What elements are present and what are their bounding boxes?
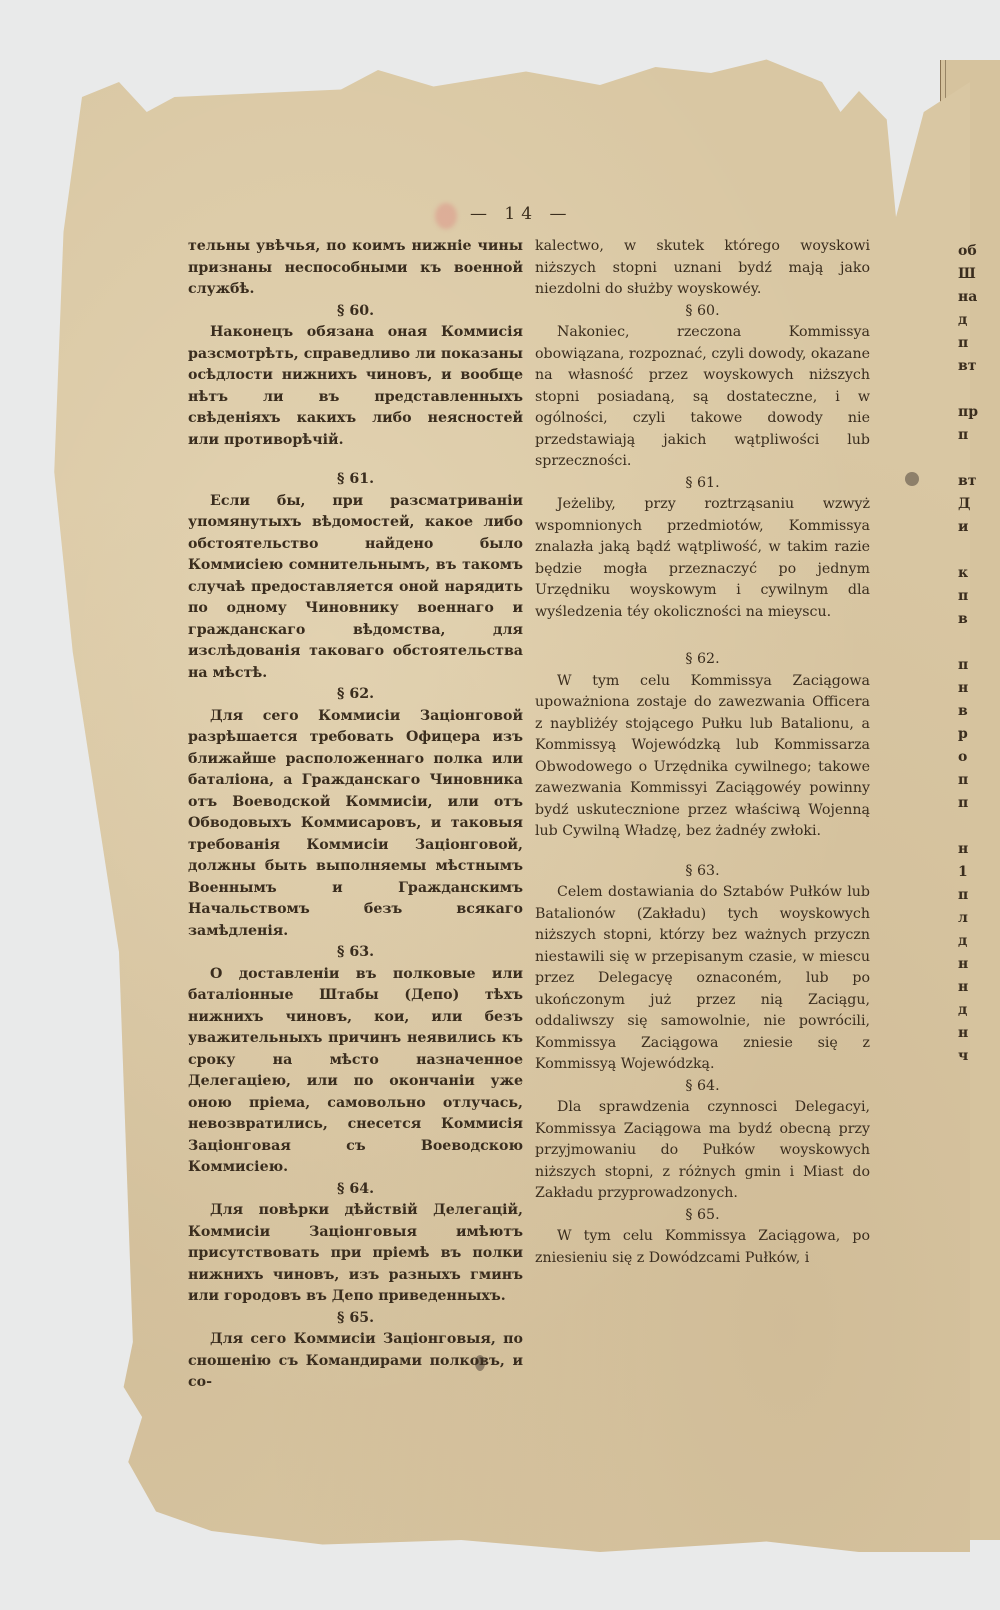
section-text-62: W tym celu Kommissya Zaciągowa upoważnio… [535,671,870,843]
section-heading-60: § 60. [535,301,870,323]
section-heading-64: § 64. [535,1076,870,1098]
stain-spot [905,472,919,486]
section-heading-60: § 60. [188,301,523,323]
edge-fragment: об [958,240,998,263]
edge-fragment: ч [958,1045,998,1068]
page-number: — 14 — [470,204,572,224]
edge-fragment: Ш [958,263,998,286]
edge-fragment: пр [958,401,998,424]
adjacent-page-text: об Ш на д п вт пр п вт Д и к п в п н в р… [958,240,998,1068]
section-text-64: Для повѣрки дѣйствій Делегацій, Коммисіи… [188,1200,523,1308]
section-heading-61: § 61. [188,469,523,491]
edge-fragment: п [958,769,998,792]
edge-fragment: н [958,838,998,861]
section-heading-63: § 63. [535,861,870,883]
edge-fragment: Д [958,493,998,516]
edge-fragment: в [958,700,998,723]
edge-fragment: 1 [958,861,998,884]
edge-fragment [958,378,998,401]
section-heading-62: § 62. [535,649,870,671]
section-text-61: Если бы, при разсматриваніи упомянутыхъ … [188,491,523,685]
edge-fragment [958,539,998,562]
edge-fragment: и [958,516,998,539]
edge-fragment: р [958,723,998,746]
section-text-64: Dla sprawdzenia czynnosci Delegacyi, Kom… [535,1097,870,1205]
edge-fragment: п [958,332,998,355]
section-text-60: Nakoniec, rzeczona Kommissya obowiązana,… [535,322,870,473]
edge-fragment: на [958,286,998,309]
edge-fragment: к [958,562,998,585]
edge-fragment: н [958,953,998,976]
section-heading-61: § 61. [535,473,870,495]
russian-text-column: тельны увѣчья, по коимъ нижніе чины приз… [188,236,523,1394]
section-text-60: Наконецъ обязана оная Коммисія разсмотрѣ… [188,322,523,451]
edge-fragment: д [958,999,998,1022]
edge-fragment: н [958,976,998,999]
edge-fragment: в [958,608,998,631]
continuation-paragraph: kalectwo, w skutek którego woyskowi niżs… [535,236,870,301]
edge-fragment: п [958,585,998,608]
edge-fragment: п [958,424,998,447]
edge-fragment: п [958,884,998,907]
edge-fragment: вт [958,470,998,493]
section-text-63: Celem dostawiania do Sztabów Pułków lub … [535,882,870,1076]
section-text-62: Для сего Коммисіи Заціонговой разрѣшаетс… [188,706,523,943]
section-heading-65: § 65. [188,1308,523,1330]
section-text-65: W tym celu Kommissya Zaciągowa, po znies… [535,1226,870,1269]
edge-fragment [958,815,998,838]
section-heading-64: § 64. [188,1179,523,1201]
edge-fragment: д [958,309,998,332]
section-heading-65: § 65. [535,1205,870,1227]
library-stamp-mark [435,203,457,229]
polish-text-column: kalectwo, w skutek którego woyskowi niżs… [535,236,870,1269]
edge-fragment: н [958,1022,998,1045]
edge-fragment: д [958,930,998,953]
section-heading-63: § 63. [188,942,523,964]
edge-fragment [958,631,998,654]
edge-fragment: л [958,907,998,930]
edge-fragment: о [958,746,998,769]
section-text-61: Jeżeliby, przy roztrząsaniu wzwyż wspomn… [535,494,870,623]
section-heading-62: § 62. [188,684,523,706]
section-text-63: О доставленіи въ полковые или баталіонны… [188,964,523,1179]
edge-fragment: п [958,792,998,815]
edge-fragment: вт [958,355,998,378]
edge-fragment [958,447,998,470]
continuation-paragraph: тельны увѣчья, по коимъ нижніе чины приз… [188,236,523,301]
edge-fragment: н [958,677,998,700]
edge-fragment: п [958,654,998,677]
section-text-65: Для сего Коммисіи Заціонговыя, по сношен… [188,1329,523,1394]
